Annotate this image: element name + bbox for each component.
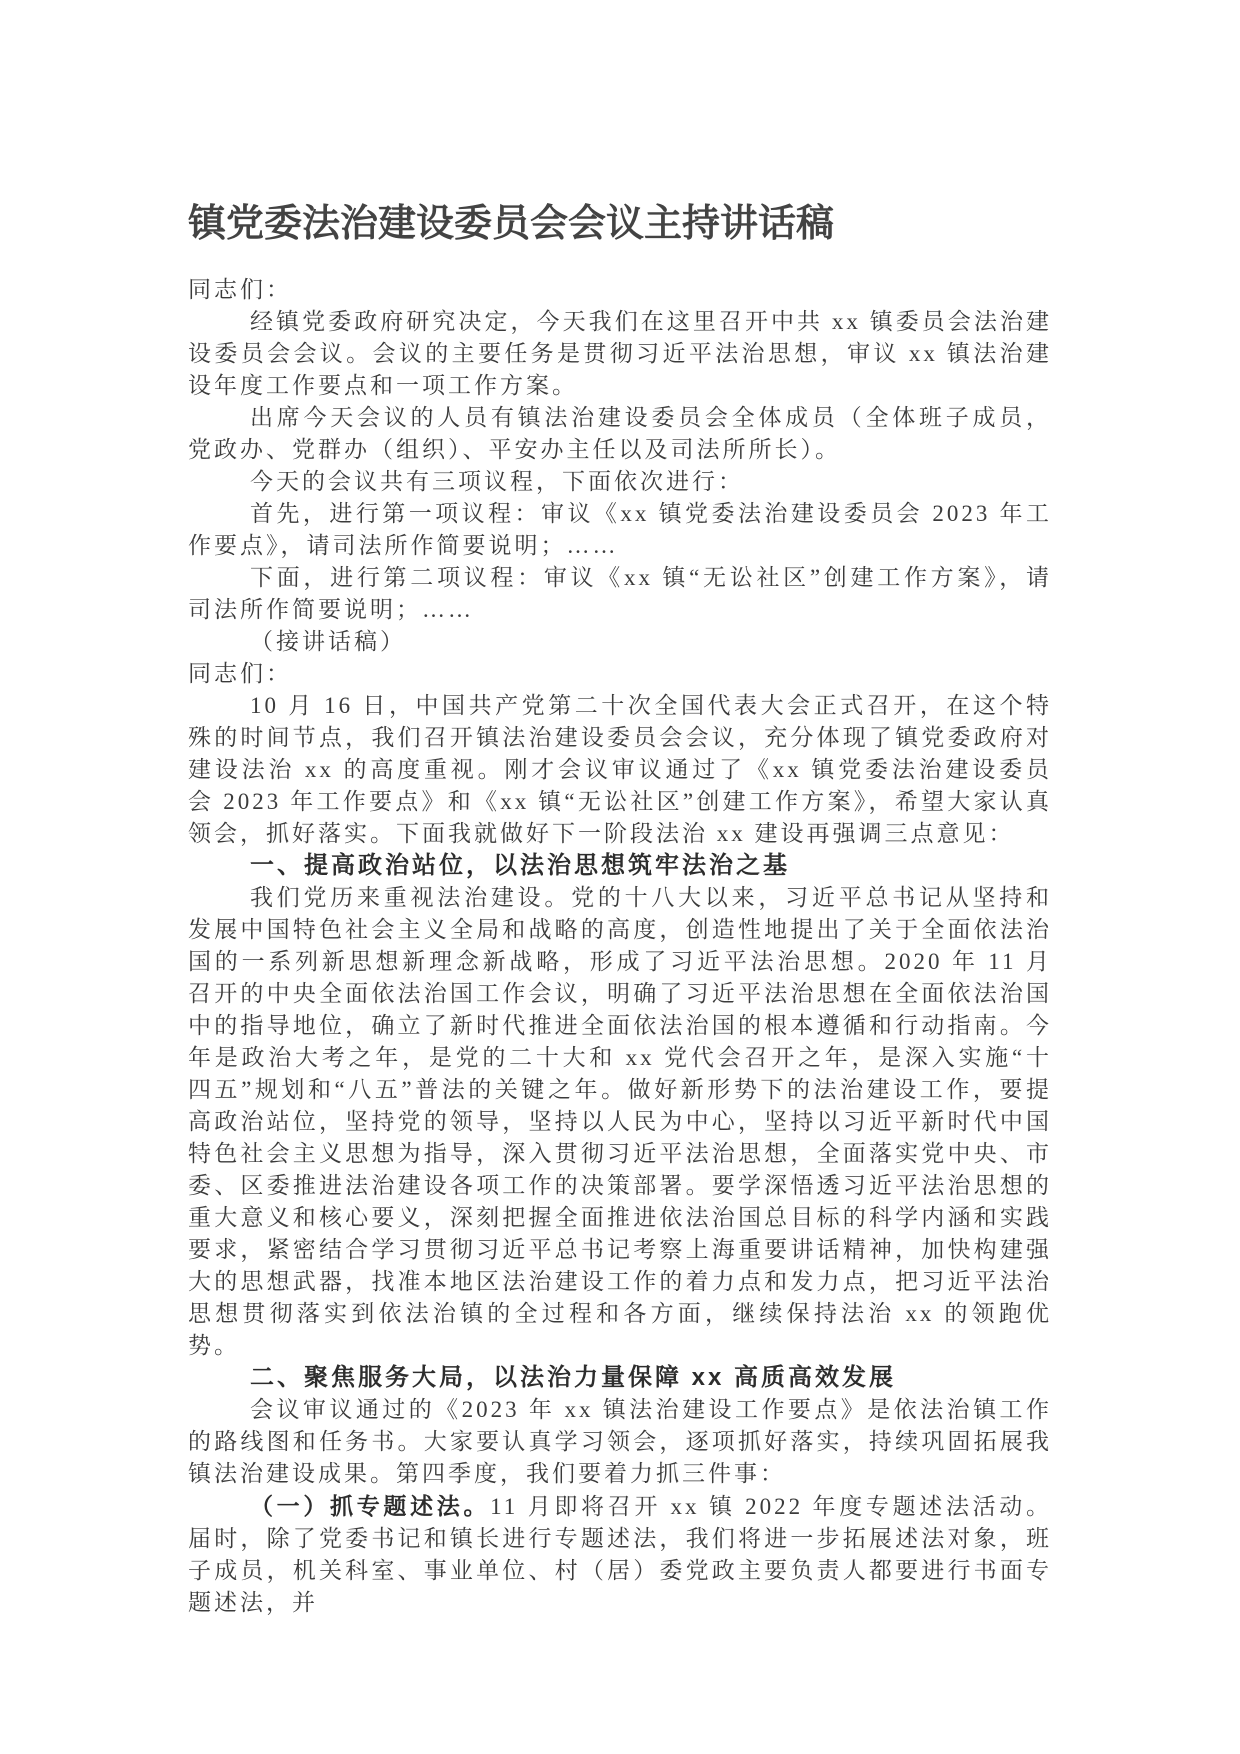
section-heading-2: 二、聚焦服务大局，以法治力量保障 xx 高质高效发展 [188, 1362, 1052, 1394]
salutation: 同志们： [188, 658, 1052, 690]
stage-note: （接讲话稿） [188, 626, 1052, 658]
paragraph: 经镇党委政府研究决定，今天我们在这里召开中共 xx 镇委员会法治建设委员会会议。… [188, 306, 1052, 402]
paragraph: 我们党历来重视法治建设。党的十八大以来，习近平总书记从坚持和发展中国特色社会主义… [188, 882, 1052, 1362]
paragraph: 今天的会议共有三项议程，下面依次进行： [188, 466, 1052, 498]
paragraph: 会议审议通过的《2023 年 xx 镇法治建设工作要点》是依法治镇工作的路线图和… [188, 1394, 1052, 1490]
document-content: 镇党委法治建设委员会会议主持讲话稿 同志们： 经镇党委政府研究决定，今天我们在这… [188, 200, 1052, 1619]
paragraph-lead: （一）抓专题述法。 [250, 1493, 490, 1519]
paragraph: 首先，进行第一项议程：审议《xx 镇党委法治建设委员会 2023 年工作要点》，… [188, 498, 1052, 562]
paragraph: 出席今天会议的人员有镇法治建设委员会全体成员（全体班子成员，党政办、党群办（组织… [188, 402, 1052, 466]
paragraph: （一）抓专题述法。11 月即将召开 xx 镇 2022 年度专题述法活动。届时，… [188, 1490, 1052, 1619]
document-page: 镇党委法治建设委员会会议主持讲话稿 同志们： 经镇党委政府研究决定，今天我们在这… [0, 0, 1240, 1754]
paragraph: 下面，进行第二项议程：审议《xx 镇“无讼社区”创建工作方案》，请司法所作简要说… [188, 562, 1052, 626]
document-title: 镇党委法治建设委员会会议主持讲话稿 [188, 200, 1052, 248]
section-heading-1: 一、提高政治站位，以法治思想筑牢法治之基 [188, 850, 1052, 882]
paragraph: 10 月 16 日，中国共产党第二十次全国代表大会正式召开，在这个特殊的时间节点… [188, 690, 1052, 850]
salutation: 同志们： [188, 274, 1052, 306]
